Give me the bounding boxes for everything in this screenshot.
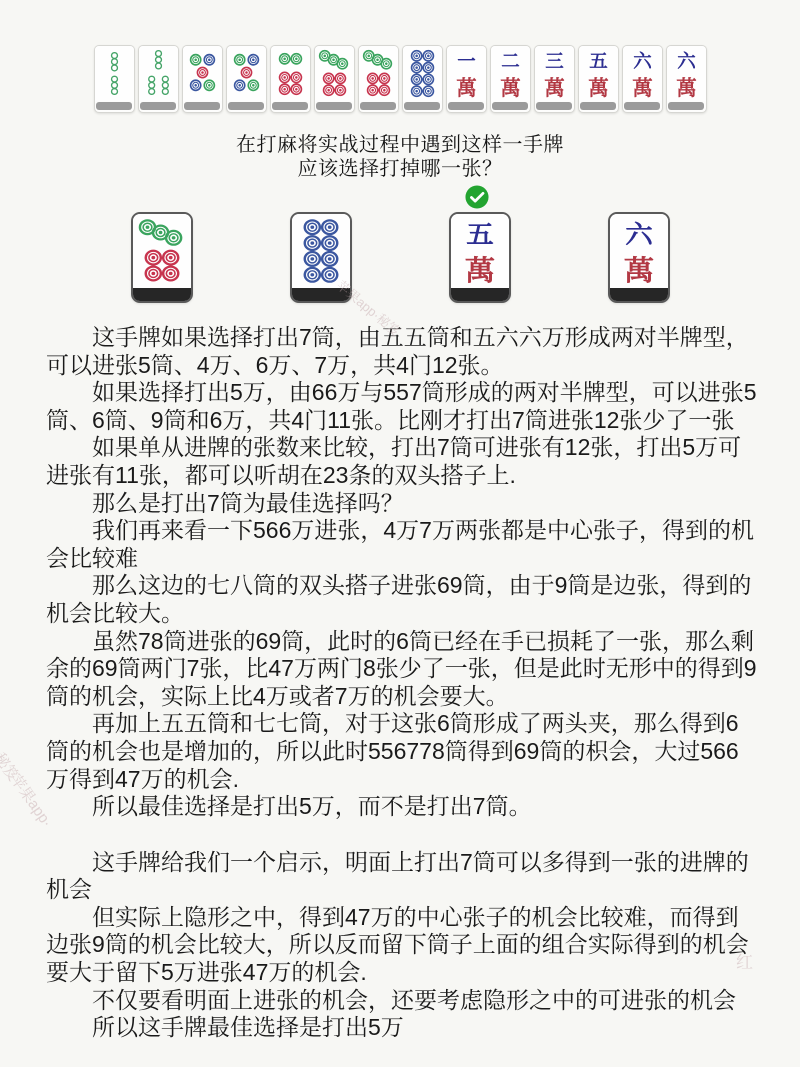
mahjong-tile-7tong (358, 45, 399, 113)
article-paragraph: 这手牌如果选择打出7筒，由五五筒和五六六万形成两对半牌型，可以进张5筒、4万、6… (46, 324, 758, 379)
mahjong-tile-6wan: 六萬 (622, 45, 663, 113)
check-circle-icon (465, 185, 489, 209)
article-paragraph: 所以这手牌最佳选择是打出5万 (46, 1014, 758, 1042)
article-paragraph: 虽然78筒进张的69筒，此时的6筒已经在手已损耗了一张，那么剩余的69筒两门7张… (46, 628, 758, 711)
mahjong-tile-6wan: 六萬 (666, 45, 707, 113)
article-paragraph: 这手牌给我们一个启示，明面上打出7筒可以多得到一张的进牌的机会 (46, 849, 758, 904)
tile-face-8tong (292, 214, 350, 288)
tile-bottom-edge (404, 102, 440, 110)
tile-bottom-edge (133, 288, 191, 301)
svg-text:萬: 萬 (500, 76, 521, 100)
article-text: 这手牌如果选择打出7筒，由五五筒和五六六万形成两对半牌型，可以进张5筒、4万、6… (46, 324, 758, 1042)
tile-face-6wan: 六萬 (667, 46, 706, 101)
mahjong-tile-7tong (314, 45, 355, 113)
tile-face-3tiao (139, 46, 178, 101)
tile-bottom-edge (272, 102, 308, 110)
article-paragraph: 但实际上隐形之中，得到47万的中心张子的机会比较难，而得到边张9筒的机会比较大，… (46, 904, 758, 987)
article-paragraph: 我们再来看一下566万进张，4万7万两张都是中心张子，得到的机会比较难 (46, 517, 758, 572)
tile-face-7tong (359, 46, 398, 101)
svg-text:五: 五 (466, 220, 494, 249)
tile-face-6wan: 六萬 (610, 214, 668, 288)
svg-text:萬: 萬 (676, 76, 697, 100)
tile-bottom-edge (228, 102, 264, 110)
mahjong-tile-5tong (226, 45, 267, 113)
tile-face-5wan: 五萬 (451, 214, 509, 288)
article-paragraph: 再加上五五筒和七七筒，对于这张6筒形成了两头夹，那么得到6筒的机会也是增加的，所… (46, 710, 758, 793)
question-line-2: 应该选择打掉哪一张？ (0, 157, 800, 181)
tile-bottom-edge (451, 288, 509, 301)
tile-bottom-edge (316, 102, 352, 110)
svg-text:三: 三 (545, 51, 564, 72)
discard-options-row: 五萬六萬 (0, 212, 800, 303)
tile-face-2wan: 二萬 (491, 46, 530, 101)
svg-text:五: 五 (589, 51, 608, 72)
tile-face-7tong (315, 46, 354, 101)
mahjong-tile-8tong (290, 212, 352, 303)
article-paragraph: 那么这边的七八筒的双头搭子进张69筒，由于9筒是边张，得到的机会比较大。 (46, 572, 758, 627)
svg-text:萬: 萬 (544, 76, 565, 100)
tile-bottom-edge (580, 102, 616, 110)
article-paragraph: 如果选择打出5万，由66万与557筒形成的两对半牌型，可以进张5筒、6筒、9筒和… (46, 379, 758, 434)
mahjong-tile-2tiao (94, 45, 135, 113)
mahjong-tile-7tong (131, 212, 193, 303)
tile-bottom-edge (140, 102, 176, 110)
tile-face-2tiao (95, 46, 134, 101)
tile-face-1wan: 一萬 (447, 46, 486, 101)
mahjong-tile-5wan: 五萬 (449, 212, 511, 303)
svg-text:萬: 萬 (464, 255, 494, 286)
mahjong-tile-8tong (402, 45, 443, 113)
tile-face-3wan: 三萬 (535, 46, 574, 101)
mahjong-tile-2wan: 二萬 (490, 45, 531, 113)
tile-bottom-edge (292, 288, 350, 301)
tile-face-5wan: 五萬 (579, 46, 618, 101)
tile-face-5tong (183, 46, 222, 101)
tile-bottom-edge (610, 288, 668, 301)
svg-text:六: 六 (625, 220, 653, 249)
watermark-text: 秘笈 (0, 748, 24, 785)
mahjong-tile-5tong (182, 45, 223, 113)
svg-text:一: 一 (457, 51, 476, 72)
tile-face-5tong (227, 46, 266, 101)
svg-text:六: 六 (633, 51, 652, 72)
tile-bottom-edge (96, 102, 132, 110)
svg-text:萬: 萬 (623, 255, 653, 286)
tile-face-8tong (403, 46, 442, 101)
mahjong-tile-6wan: 六萬 (608, 212, 670, 303)
svg-text:六: 六 (677, 51, 696, 72)
hand-tiles-row: 一萬二萬三萬五萬六萬六萬 (0, 45, 800, 113)
tile-bottom-edge (360, 102, 396, 110)
svg-text:萬: 萬 (456, 76, 477, 100)
tile-face-7tong (133, 214, 191, 288)
svg-text:二: 二 (501, 51, 520, 72)
mahjong-tile-5wan: 五萬 (578, 45, 619, 113)
question-line-1: 在打麻将实战过程中遇到这样一手牌 (0, 133, 800, 157)
tile-bottom-edge (448, 102, 484, 110)
tile-bottom-edge (668, 102, 704, 110)
article-paragraph: 那么是打出7筒为最佳选择吗？ (46, 490, 758, 518)
article-section-1: 这手牌如果选择打出7筒，由五五筒和五六六万形成两对半牌型，可以进张5筒、4万、6… (46, 324, 758, 821)
tile-bottom-edge (492, 102, 528, 110)
svg-text:萬: 萬 (632, 76, 653, 100)
question-text: 在打麻将实战过程中遇到这样一手牌 应该选择打掉哪一张？ (0, 133, 800, 181)
mahjong-tile-3wan: 三萬 (534, 45, 575, 113)
tile-face-6wan: 六萬 (623, 46, 662, 101)
article-paragraph: 如果单从进牌的张数来比较，打出7筒可进张有12张，打出5万可进张有11张，都可以… (46, 434, 758, 489)
article-paragraph: 所以最佳选择是打出5万，而不是打出7筒。 (46, 793, 758, 821)
tile-bottom-edge (536, 102, 572, 110)
svg-text:萬: 萬 (588, 76, 609, 100)
article-section-2: 这手牌给我们一个启示，明面上打出7筒可以多得到一张的进牌的机会但实际上隐形之中，… (46, 849, 758, 1042)
mahjong-tile-1wan: 一萬 (446, 45, 487, 113)
mahjong-tile-3tiao (138, 45, 179, 113)
tile-face-6tong (271, 46, 310, 101)
mahjong-tutorial-page: 一萬二萬三萬五萬六萬六萬 在打麻将实战过程中遇到这样一手牌 应该选择打掉哪一张？… (0, 0, 800, 1067)
tile-bottom-edge (624, 102, 660, 110)
mahjong-tile-6tong (270, 45, 311, 113)
tile-bottom-edge (184, 102, 220, 110)
article-paragraph: 不仅要看明面上进张的机会，还要考虑隐形之中的可进张的机会 (46, 987, 758, 1015)
